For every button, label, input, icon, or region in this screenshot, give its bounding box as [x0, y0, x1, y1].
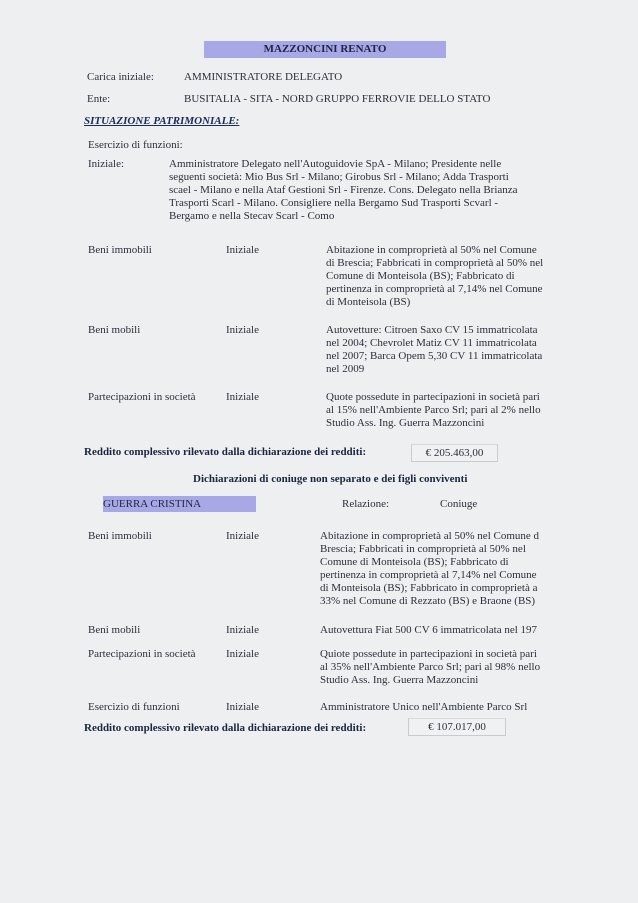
- text-line: Comune di Monteisola (BS); Fabbricato di: [320, 556, 556, 569]
- coniuge-reddito-label: Reddito complessivo rilevato dalla dichi…: [84, 722, 366, 735]
- text-line: di Brescia; Fabbricati in comproprietà a…: [326, 257, 560, 270]
- text-line: Trasporti Scarl - Milano. Consigliere ne…: [169, 197, 518, 210]
- text-line: Quote possedute in partecipazioni in soc…: [326, 391, 560, 404]
- text-line: di Monteisola (BS); Fabbricato in compro…: [320, 582, 556, 595]
- section-heading-situazione: SITUAZIONE PATRIMONIALE:: [84, 115, 239, 128]
- text-line: Comune di Monteisola (BS); Fabbricato di: [326, 270, 560, 283]
- text-line: Studio Ass. Ing. Guerra Mazzoncini: [320, 674, 556, 687]
- asset-type: Iniziale: [226, 701, 259, 714]
- asset-description: Quiote possedute in partecipazioni in so…: [320, 648, 556, 687]
- asset-type: Iniziale: [226, 624, 259, 637]
- text-line: pertinenza in comproprietà al 7,14% nel …: [326, 283, 560, 296]
- text-line: nel 2004; Chevrolet Matiz CV 11 immatric…: [326, 337, 560, 350]
- text-line: di Monteisola (BS): [326, 296, 560, 309]
- text-line: nel 2007; Barca Opem 5,30 CV 11 immatric…: [326, 350, 560, 363]
- reddito-label: Reddito complessivo rilevato dalla dichi…: [84, 446, 366, 459]
- asset-description: Abitazione in comproprietà al 50% nel Co…: [320, 530, 556, 608]
- asset-description: Abitazione in comproprietà al 50% nel Co…: [326, 244, 560, 309]
- text-line: al 35% nell'Ambiente Parco Srl; pari al …: [320, 661, 556, 674]
- iniziale-description: Amministratore Delegato nell'Autoguidovi…: [169, 158, 518, 223]
- text-line: scael - Milano e nella Ataf Gestioni Srl…: [169, 184, 518, 197]
- text-line: Autovetture: Citroen Saxo CV 15 immatric…: [326, 324, 560, 337]
- text-line: Abitazione in comproprietà al 50% nel Co…: [320, 530, 556, 543]
- iniziale-label: Iniziale:: [88, 158, 124, 171]
- asset-category: Esercizio di funzioni: [88, 701, 180, 714]
- asset-category: Beni immobili: [88, 530, 152, 543]
- text-line: Quiote possedute in partecipazioni in so…: [320, 648, 556, 661]
- asset-type: Iniziale: [226, 530, 259, 543]
- asset-type: Iniziale: [226, 648, 259, 661]
- asset-category: Beni immobili: [88, 244, 152, 257]
- coniuge-heading: Dichiarazioni di coniuge non separato e …: [193, 473, 467, 486]
- text-line: nel 2009: [326, 363, 560, 376]
- text-line: pertinenza in comproprietà al 7,14% nel …: [320, 569, 556, 582]
- coniuge-reddito-amount: € 107.017,00: [408, 718, 506, 736]
- asset-category: Partecipazioni in società: [88, 648, 196, 661]
- text-line: Autovettura Fiat 500 CV 6 immatricolata …: [320, 624, 556, 637]
- asset-type: Iniziale: [226, 391, 259, 404]
- asset-description: Autovetture: Citroen Saxo CV 15 immatric…: [326, 324, 560, 376]
- asset-description: Autovettura Fiat 500 CV 6 immatricolata …: [320, 624, 556, 637]
- ente-value: BUSITALIA - SITA - NORD GRUPPO FERROVIE …: [184, 93, 490, 106]
- text-line: al 15% nell'Ambiente Parco Srl; pari al …: [326, 404, 560, 417]
- asset-type: Iniziale: [226, 324, 259, 337]
- asset-description: Quote possedute in partecipazioni in soc…: [326, 391, 560, 430]
- esercizio-label: Esercizio di funzioni:: [88, 139, 183, 152]
- person-name-banner: MAZZONCINI RENATO: [204, 41, 446, 58]
- text-line: seguenti società: Mio Bus Srl - Milano; …: [169, 171, 518, 184]
- relazione-value: Coniuge: [440, 498, 477, 511]
- text-line: Studio Ass. Ing. Guerra Mazzoncini: [326, 417, 560, 430]
- ente-label: Ente:: [87, 93, 110, 106]
- text-line: Brescia; Fabbricati in comproprietà al 5…: [320, 543, 556, 556]
- asset-category: Beni mobili: [88, 324, 140, 337]
- text-line: Bergamo e nella Stecav Scarl - Como: [169, 210, 518, 223]
- text-line: Amministratore Unico nell'Ambiente Parco…: [320, 701, 556, 714]
- text-line: Abitazione in comproprietà al 50% nel Co…: [326, 244, 560, 257]
- asset-description: Amministratore Unico nell'Ambiente Parco…: [320, 701, 556, 714]
- asset-type: Iniziale: [226, 244, 259, 257]
- spouse-name-banner: GUERRA CRISTINA: [103, 496, 256, 512]
- text-line: Amministratore Delegato nell'Autoguidovi…: [169, 158, 518, 171]
- asset-category: Partecipazioni in società: [88, 391, 196, 404]
- relazione-label: Relazione:: [342, 498, 389, 511]
- spouse-name: GUERRA CRISTINA: [103, 498, 201, 510]
- carica-value: AMMINISTRATORE DELEGATO: [184, 71, 342, 84]
- reddito-amount: € 205.463,00: [411, 444, 498, 462]
- text-line: 33% nel Comune di Rezzato (BS) e Braone …: [320, 595, 556, 608]
- asset-category: Beni mobili: [88, 624, 140, 637]
- carica-label: Carica iniziale:: [87, 71, 154, 84]
